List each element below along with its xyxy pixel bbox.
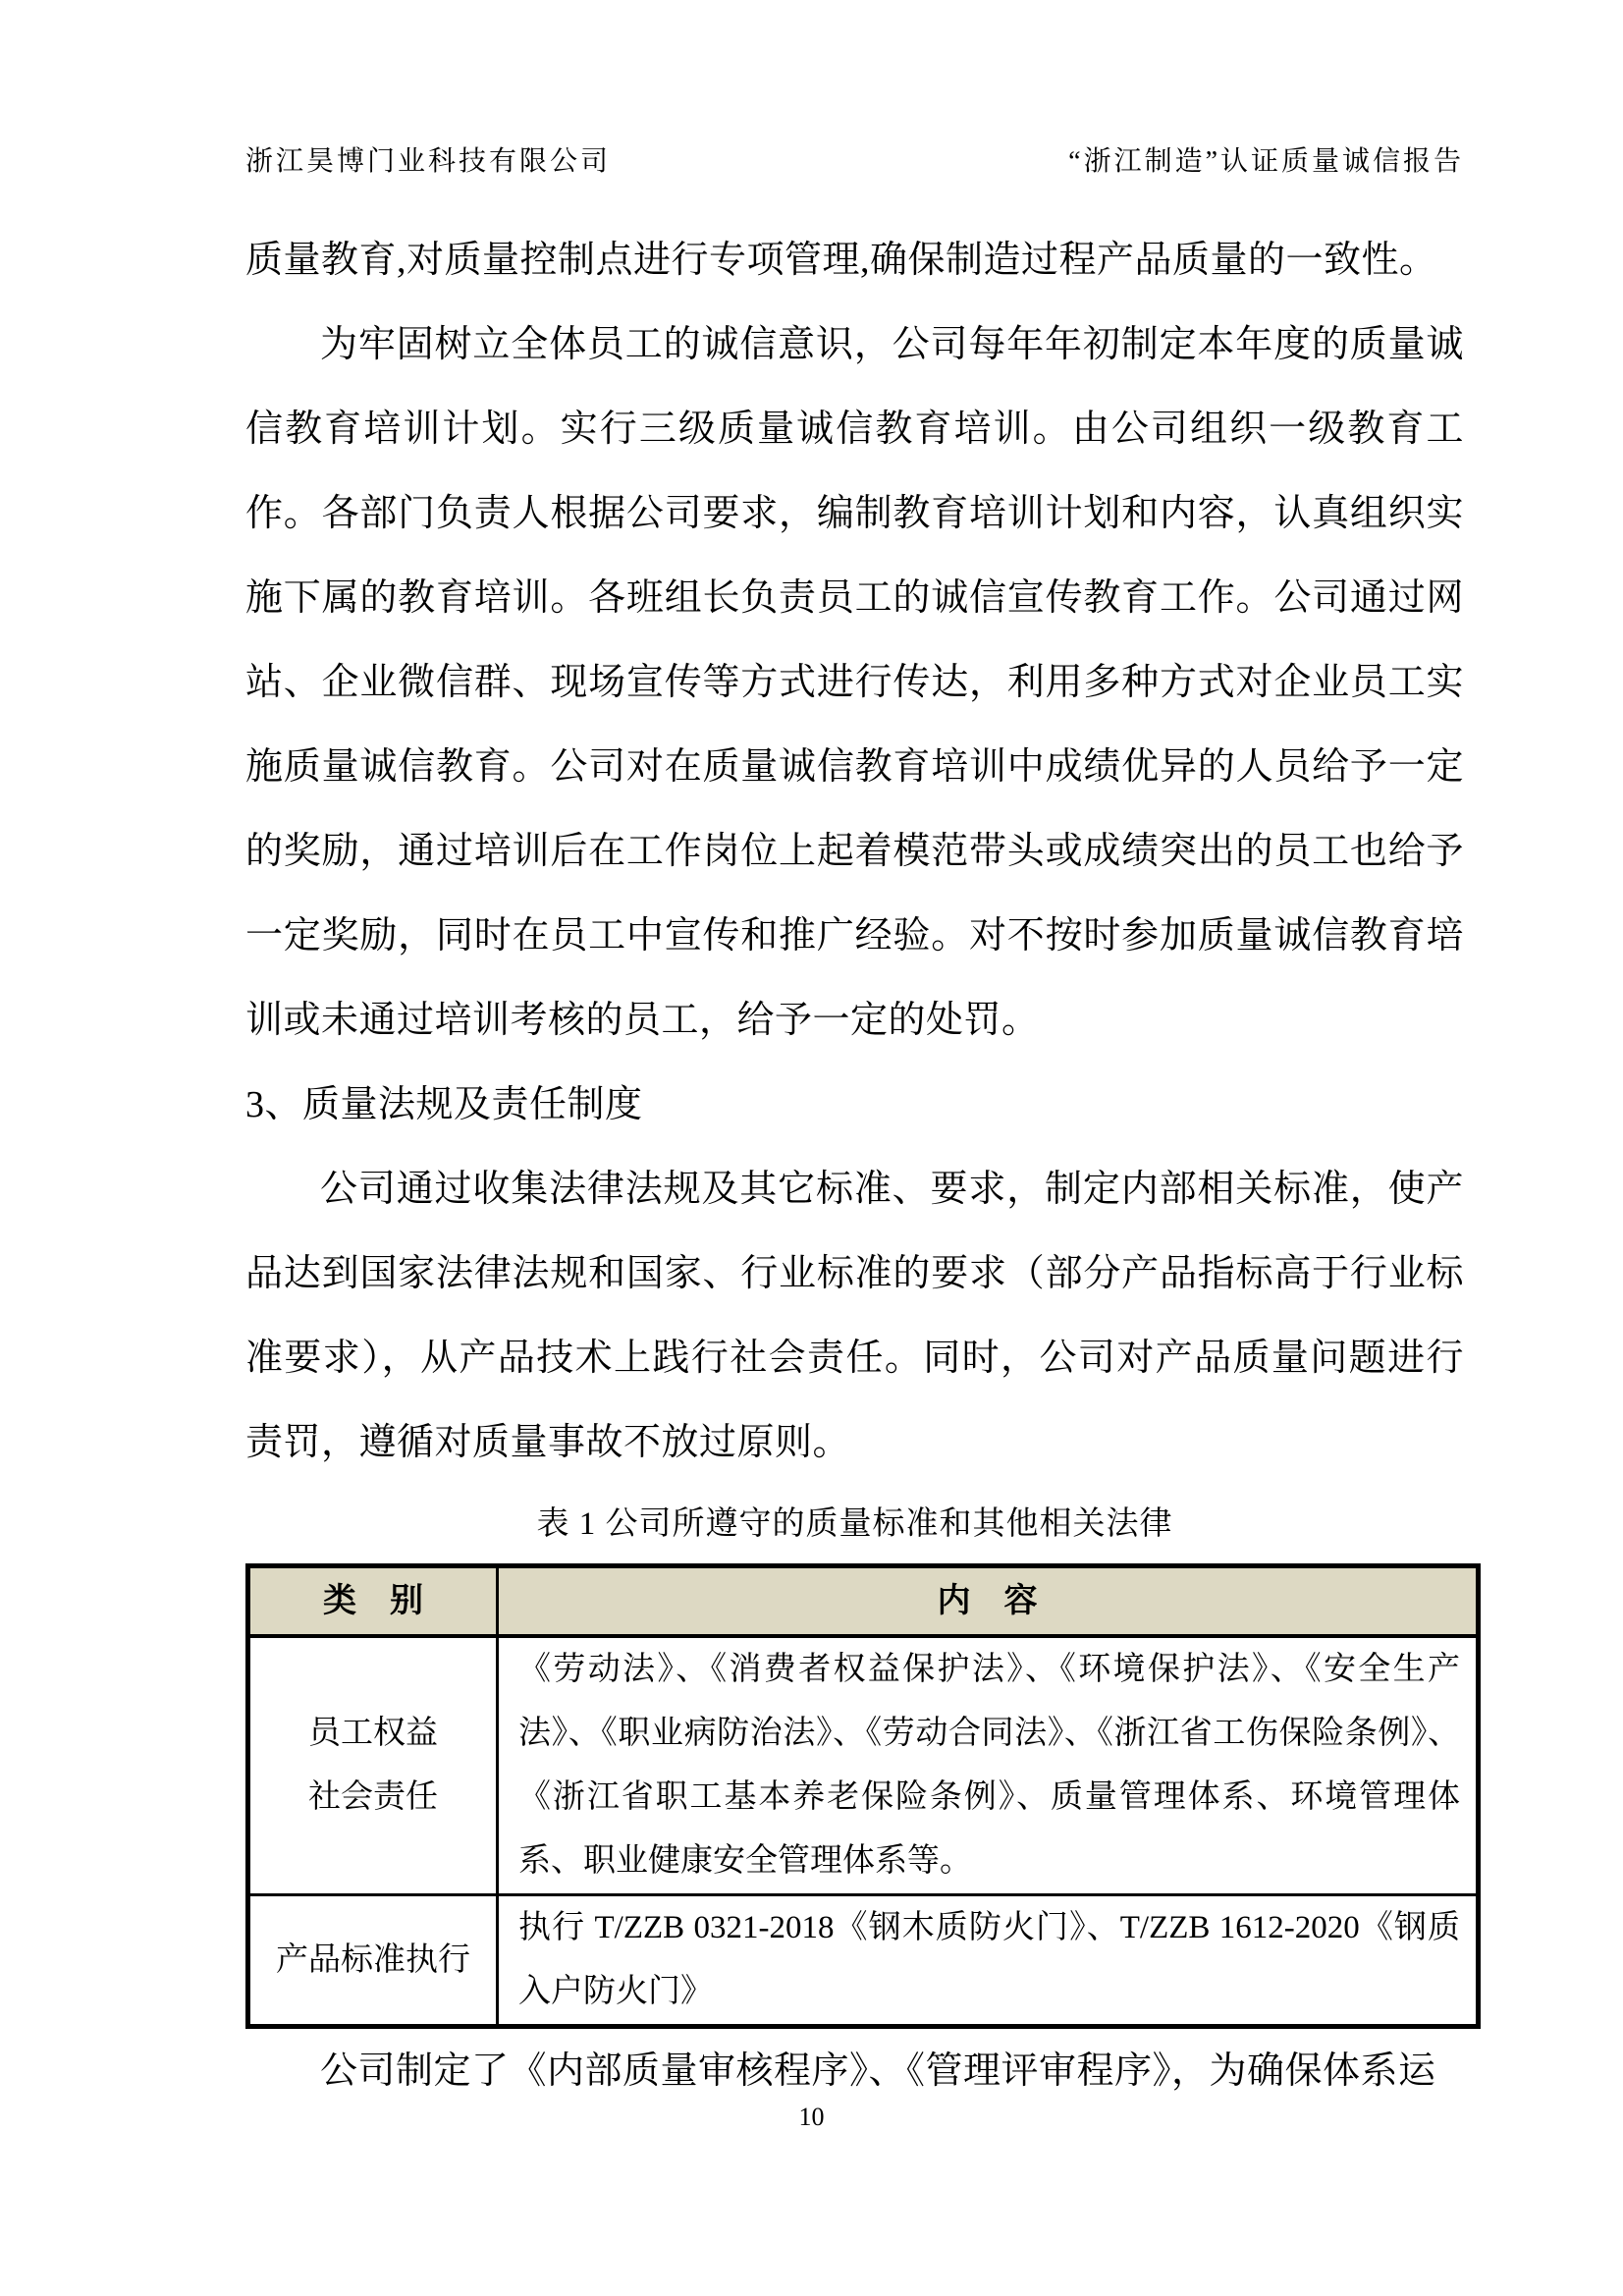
- page-footer: 10: [0, 2098, 1623, 2137]
- category-line: 社会责任: [250, 1766, 496, 1830]
- standards-table: 类 别 内 容 员工权益 社会责任 《劳动法》、《消费者权益保护法》、《环境保护…: [245, 1563, 1481, 2029]
- category-line: 产品标准执行: [250, 1929, 496, 1993]
- page-header: 浙江昊博门业科技有限公司 “浙江制造”认证质量诚信报告: [245, 143, 1464, 181]
- category-line: 员工权益: [250, 1702, 496, 1766]
- document-body: 质量教育,对质量控制点进行专项管理,确保制造过程产品质量的一致性。 为牢固树立全…: [245, 218, 1464, 2113]
- paragraph-training: 为牢固树立全体员工的诚信意识，公司每年年初制定本年度的质量诚信教育培训计划。实行…: [245, 302, 1464, 1063]
- table-caption: 表 1 公司所遵守的质量标准和其他相关法律: [245, 1485, 1464, 1563]
- table-header-category: 类 别: [248, 1566, 498, 1637]
- paragraph-continuation: 质量教育,对质量控制点进行专项管理,确保制造过程产品质量的一致性。: [245, 218, 1464, 302]
- table-row-employee-rights: 员工权益 社会责任 《劳动法》、《消费者权益保护法》、《环境保护法》、《安全生产…: [248, 1636, 1479, 1895]
- content-cell: 执行 T/ZZB 0321-2018《钢木质防火门》、T/ZZB 1612-20…: [498, 1895, 1479, 2027]
- table-header-row: 类 别 内 容: [248, 1566, 1479, 1637]
- content-cell: 《劳动法》、《消费者权益保护法》、《环境保护法》、《安全生产法》、《职业病防治法…: [498, 1636, 1479, 1895]
- header-report-title: “浙江制造”认证质量诚信报告: [1068, 143, 1464, 181]
- table-header-content: 内 容: [498, 1566, 1479, 1637]
- table-row-product-standards: 产品标准执行 执行 T/ZZB 0321-2018《钢木质防火门》、T/ZZB …: [248, 1895, 1479, 2027]
- page-number: 10: [799, 2103, 825, 2131]
- paragraph-regulations: 公司通过收集法律法规及其它标准、要求，制定内部相关标准，使产品达到国家法律法规和…: [245, 1147, 1464, 1485]
- header-company-name: 浙江昊博门业科技有限公司: [245, 143, 611, 181]
- category-cell: 产品标准执行: [248, 1895, 498, 2027]
- category-cell: 员工权益 社会责任: [248, 1636, 498, 1895]
- section-heading: 3、质量法规及责任制度: [245, 1063, 1464, 1147]
- document-page: 浙江昊博门业科技有限公司 “浙江制造”认证质量诚信报告 质量教育,对质量控制点进…: [0, 0, 1623, 2296]
